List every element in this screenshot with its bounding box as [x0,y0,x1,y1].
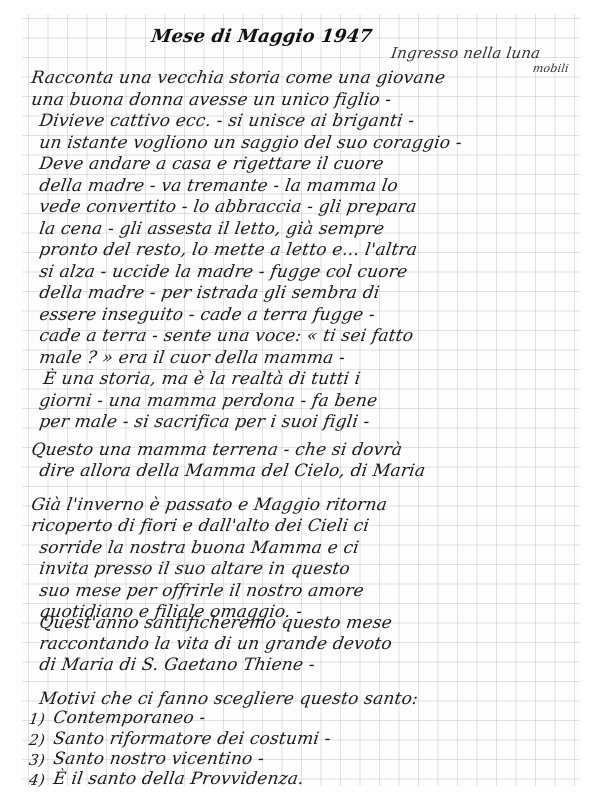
list-item: Santo nostro vicentino - [52,749,265,769]
text-line: È una storia, ma è la realtà di tutti i [42,369,362,389]
text-line: Già l'inverno è passato e Maggio ritorna [30,495,388,515]
text-line: Questo una mamma terrena - che si dovrà [30,440,404,460]
text-line: dire allora della Mamma del Cielo, di Ma… [38,461,427,481]
list-number: 2) [28,731,46,749]
text-line: cade a terra - sente una voce: « ti sei … [38,326,415,346]
text-line: si alza - uccide la madre - fugge col cu… [38,262,409,282]
text-line: della madre - per istrada gli sembra di [38,283,381,303]
list-number: 4) [28,771,46,789]
list-item: Contemporaneo - [52,708,207,728]
text-line: pronto del resto, lo mette a letto e... … [38,240,419,260]
text-line: per male - si sacrifica per i suoi figli… [38,412,371,432]
text-line: Racconta una vecchia storia come una gio… [30,68,447,88]
margin-note: Ingresso nella luna [390,44,542,62]
grid-paper-page: Mese di Maggio 1947 Ingresso nella luna … [22,14,580,786]
list-number: 3) [28,751,46,769]
text-line: Quest'anno santificheremo questo mese [38,613,393,633]
page-title: Mese di Maggio 1947 [150,26,374,47]
text-line: giorni - una mamma perdona - fa bene [38,391,379,411]
text-line: Deve andare a casa e rigettare il cuore [38,154,385,174]
list-item: Santo riformatore dei costumi - [52,729,332,749]
list-number: 1) [28,710,46,728]
text-line: una buona donna avesse un unico figlio - [30,90,393,110]
margin-note-sup: mobili [532,62,570,75]
text-line: un istante vogliono un saggio del suo co… [38,133,463,153]
text-line: suo mese per offrirle il nostro amore [38,581,365,601]
text-line: Divieve cattivo ecc. - si unisce ai brig… [38,111,416,131]
text-line: ricoperto di fiori e dall'alto dei Cieli… [30,516,371,536]
text-line: male ? » era il cuor della mamma - [38,348,346,368]
text-line: della madre - va tremante - la mamma lo [38,176,399,196]
text-line: essere inseguito - cade a terra fugge - [38,305,376,325]
text-line: Motivi che ci fanno scegliere questo san… [38,689,419,709]
text-line: di Maria di S. Gaetano Thiene - [38,655,316,675]
text-line: invita presso il suo altare in questo [38,559,351,579]
text-line: la cena - gli assesta il letto, già semp… [38,219,386,239]
list-item: È il santo della Provvidenza. [52,769,305,789]
text-line: sorride la nostra buona Mamma e ci [38,538,360,558]
text-line: vede convertito - lo abbraccia - gli pre… [38,197,418,217]
text-line: raccontando la vita di un grande devoto [38,634,393,654]
